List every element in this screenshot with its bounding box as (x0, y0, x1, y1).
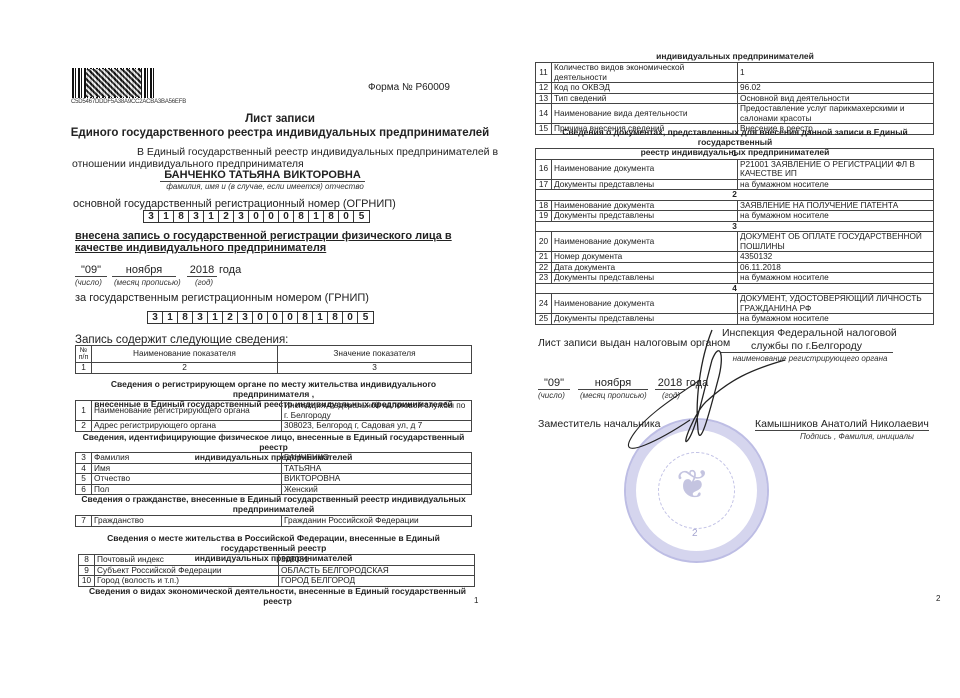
date-day-caption: (число) (75, 278, 102, 287)
table-row: 21Номер документа4350132 (536, 252, 934, 263)
ogrnip-label: основной государственный регистрационный… (73, 198, 396, 210)
table-row: 14Наименование вида деятельностиПредоста… (536, 104, 934, 124)
table-row: 9Субъект Российской ФедерацииОБЛАСТЬ БЕЛ… (79, 565, 475, 576)
date-day: "09" (75, 264, 107, 277)
entry-text-2: качестве индивидуального предпринимателя (75, 242, 326, 254)
signer-caption: Подпись , Фамилия, инициалы (800, 432, 914, 441)
ogrnip-number: 318312300081805 (143, 210, 370, 223)
table-row: 16Наименование документаР21001 ЗАЯВЛЕНИЕ… (536, 159, 934, 179)
document-page-1: C5D5467DDDF5A38A9CC2ACBA3BA56EFB Форма №… (0, 0, 500, 698)
table-row: 18Наименование документаЗАЯВЛЕНИЕ НА ПОЛ… (536, 200, 934, 211)
table-row: 8Почтовый индекс308031 (79, 555, 475, 566)
table-row: 10Город (волость и т.п.)ГОРОД БЕЛГОРОД (79, 576, 475, 587)
intro-text-1: В Единый государственный реестр индивиду… (137, 146, 498, 158)
table-row: 4ИмяТАТЬЯНА (76, 463, 472, 474)
residence-table: 8Почтовый индекс308031 9Субъект Российск… (78, 554, 475, 587)
group-row: 3 (536, 221, 934, 232)
table-row: 5ОтчествоВИКТОРОВНА (76, 474, 472, 485)
person-name: БАНЧЕНКО ТАТЬЯНА ВИКТОРОВНА (160, 169, 365, 182)
entry-text-1: внесена запись о государственной регистр… (75, 230, 452, 242)
table-row: 13Тип сведенийОсновной вид деятельности (536, 93, 934, 104)
table-row: 1Наименование регистрирующего органаИнсп… (76, 401, 472, 421)
group-row: 4 (536, 283, 934, 294)
issue-date-day-caption: (число) (538, 391, 565, 400)
table-row: 12Код по ОКВЭД96.02 (536, 83, 934, 94)
table-row: 22Дата документа06.11.2018 (536, 262, 934, 273)
grnip-number: 318312300081805 (147, 311, 374, 324)
person-table: 3ФамилияБАНЧЕНКО 4ИмяТАТЬЯНА 5ОтчествоВИ… (75, 452, 472, 495)
barcode-image (72, 68, 156, 98)
table-row: 20Наименование документаДОКУМЕНТ ОБ ОПЛА… (536, 232, 934, 252)
date-month-caption: (месяц прописью) (114, 278, 181, 287)
documents-table: 1 16Наименование документаР21001 ЗАЯВЛЕН… (535, 148, 934, 325)
section-title-activities-cont: индивидуальных предпринимателей (535, 51, 935, 61)
section-title-citizenship: Сведения о гражданстве, внесенные в Един… (75, 494, 472, 514)
section-title-activities: Сведения о видах экономической деятельно… (85, 586, 470, 606)
barcode-text: C5D5467DDDF5A38A9CC2ACBA3BA56EFB (71, 99, 186, 105)
table-row: 7ГражданствоГражданин Российской Федерац… (76, 516, 472, 527)
registering-authority-table: 1Наименование регистрирующего органаИнсп… (75, 400, 472, 432)
date-year-caption: (год) (195, 278, 213, 287)
doc-subtitle: Единого государственного реестра индивид… (60, 127, 500, 139)
issue-date-day: "09" (538, 377, 570, 390)
group-row: 2 (536, 190, 934, 201)
table-row: 23Документы представленына бумажном носи… (536, 273, 934, 284)
group-row: 1 (536, 149, 934, 160)
date-year-suffix: года (219, 264, 241, 276)
date-year: 2018 (187, 264, 217, 277)
table-row: 6ПолЖенский (76, 484, 472, 495)
citizenship-table: 7ГражданствоГражданин Российской Федерац… (75, 515, 472, 527)
table-row: 2Адрес регистрирующего органа308023, Бел… (76, 421, 472, 432)
page-number-2: 2 (936, 594, 940, 603)
doc-title: Лист записи (60, 113, 500, 125)
activities-table: 11Количество видов экономической деятель… (535, 62, 934, 135)
person-name-caption: фамилия, имя и (в случае, если имеется) … (150, 182, 380, 191)
table-row: 17Документы представленына бумажном носи… (536, 179, 934, 190)
form-number: Форма № Р60009 (368, 82, 450, 93)
table-row: 11Количество видов экономической деятель… (536, 63, 934, 83)
header-table: № п/п Наименование показателя Значение п… (75, 345, 472, 374)
table-row: 19Документы представленына бумажном носи… (536, 211, 934, 222)
table-row: 3ФамилияБАНЧЕНКО (76, 453, 472, 464)
signature-icon (600, 320, 800, 470)
page-number-1: 1 (474, 596, 478, 605)
grnip-label: за государственным регистрационным номер… (75, 292, 369, 304)
table-row: 24Наименование документаДОКУМЕНТ, УДОСТО… (536, 294, 934, 314)
date-month: ноября (112, 264, 176, 277)
